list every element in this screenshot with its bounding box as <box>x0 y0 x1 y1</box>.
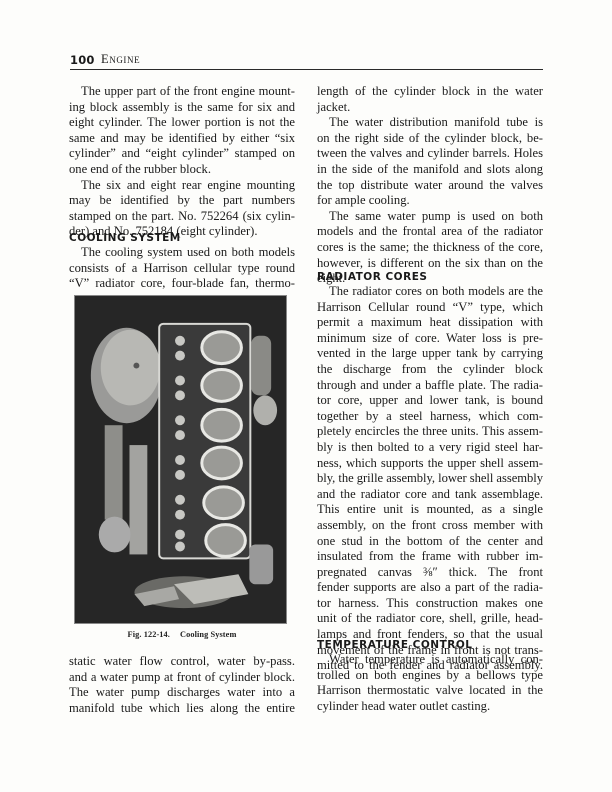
text-line: manifold tube which lies along the entir… <box>69 701 295 717</box>
text-line: may be identified by the part numbers <box>69 193 295 209</box>
paragraph-manifold: The water distribution manifold tube is … <box>317 115 543 209</box>
text-line: bly, the grille assembly, lower shell as… <box>317 471 543 487</box>
text-line: unit of the radiator core, shell, grille… <box>317 611 543 627</box>
text-line: pregnated canvas ⅜″ thick. The front <box>317 565 543 581</box>
text-line: The water pump discharges water into a <box>69 685 295 701</box>
text-line: insulated from the frame with rubber im- <box>317 549 543 565</box>
text-line: The upper part of the front engine mount… <box>69 84 295 100</box>
figure-label: Fig. 122-14. <box>128 630 170 639</box>
running-title: Engine <box>101 52 140 67</box>
text-line: in the side of the manifold and slots al… <box>317 162 543 178</box>
page-number: 100 <box>70 53 95 67</box>
text-line: jacket. <box>317 100 543 116</box>
text-line: cores is the same; the thickness of the … <box>317 240 543 256</box>
paragraph-rear-mounting: The six and eight rear engine mounting m… <box>69 178 295 240</box>
text-line: “V” radiator core, four-blade fan, therm… <box>69 276 295 292</box>
text-line: for ample cooling. <box>317 193 543 209</box>
paragraph-cooling-continued: static water flow control, water by-pass… <box>69 654 295 716</box>
text-line: consists of a Harrison cellular type rou… <box>69 261 295 277</box>
paragraph-temperature: Water temperature is automatically con- … <box>317 652 543 714</box>
text-line: however, is different on the six than on… <box>317 256 543 272</box>
text-line: The six and eight rear engine mounting <box>69 178 295 194</box>
figure-caption: Fig. 122-14.Cooling System <box>69 630 295 639</box>
header-rule <box>70 69 543 70</box>
text-line: cylinder head water outlet casting. <box>317 699 543 715</box>
text-line: The cooling system used on both models <box>69 245 295 261</box>
text-line: This entire unit is mounted, as a single <box>317 502 543 518</box>
text-line: cylinder” and “eight cylinder” stamped o… <box>69 146 295 162</box>
text-line: tor core, upper and lower tank, is bound <box>317 393 543 409</box>
text-line: pletely encircles the three units. This … <box>317 424 543 440</box>
text-line: one stud in the bottom of the center and <box>317 534 543 550</box>
text-line: together by a steel harness, which com- <box>317 409 543 425</box>
text-line: through and under a baffle plate. The ra… <box>317 378 543 394</box>
text-line: assembly, on the front cross member with <box>317 518 543 534</box>
paragraph-radiator: The radiator cores on both models are th… <box>317 284 543 674</box>
text-line: the discharge from the cylinder block <box>317 362 543 378</box>
text-line: minimum size of core. Water loss is pre- <box>317 331 543 347</box>
text-line: The same water pump is used on both <box>317 209 543 225</box>
text-line: trolled on both engines by a bellows typ… <box>317 668 543 684</box>
text-line: and the radiator core and tank assemblag… <box>317 487 543 503</box>
text-line: tor harness. This construction makes one <box>317 596 543 612</box>
text-line: on the right side of the cylinder block,… <box>317 131 543 147</box>
text-line: models and the frontal area of the radia… <box>317 224 543 240</box>
text-line: Harrison thermostatic valve located in t… <box>317 683 543 699</box>
text-line: fender supports are also a part of the r… <box>317 580 543 596</box>
text-line: Water temperature is automatically con- <box>317 652 543 668</box>
text-line: vented in the large upper tank by carryi… <box>317 346 543 362</box>
heading-radiator-cores: RADIATOR CORES <box>317 271 427 283</box>
text-line: the top distribute water around the valv… <box>317 178 543 194</box>
paragraph-front-mounting: The upper part of the front engine mount… <box>69 84 295 178</box>
text-line: tween the valves and cylinder barrels. H… <box>317 146 543 162</box>
text-line: same and may be identified by either “si… <box>69 131 295 147</box>
text-line: stamped on the part. No. 752264 (six cyl… <box>69 209 295 225</box>
text-line: bly is then bolted to a very rigid steel… <box>317 440 543 456</box>
text-line: length of the cylinder block in the wate… <box>317 84 543 100</box>
text-line: ing block assembly is the same for six a… <box>69 100 295 116</box>
engine-photo-illustration <box>75 296 286 623</box>
text-line: eight cylinder. The lower portion is not… <box>69 115 295 131</box>
text-line: The water distribution manifold tube is <box>317 115 543 131</box>
text-line: Harrison Cellular round “V” type, which <box>317 300 543 316</box>
engine-photo <box>74 295 287 624</box>
page-header: 100 Engine <box>70 50 543 70</box>
figure-title: Cooling System <box>180 630 236 639</box>
heading-temperature-control: TEMPERATURE CONTROL <box>317 639 472 651</box>
text-line: The radiator cores on both models are th… <box>317 284 543 300</box>
text-line: one end of the rubber block. <box>69 162 295 178</box>
text-line: permit a maximum heat dissipation with <box>317 315 543 331</box>
paragraph-cooling-intro: The cooling system used on both models c… <box>69 245 295 292</box>
heading-cooling-system: COOLING SYSTEM <box>69 232 181 244</box>
text-line: and a water pump at front of cylinder bl… <box>69 670 295 686</box>
text-line: static water flow control, water by-pass… <box>69 654 295 670</box>
text-line: ness, which supports the upper shell ass… <box>317 456 543 472</box>
paragraph-cooling-continued-2: length of the cylinder block in the wate… <box>317 84 543 115</box>
